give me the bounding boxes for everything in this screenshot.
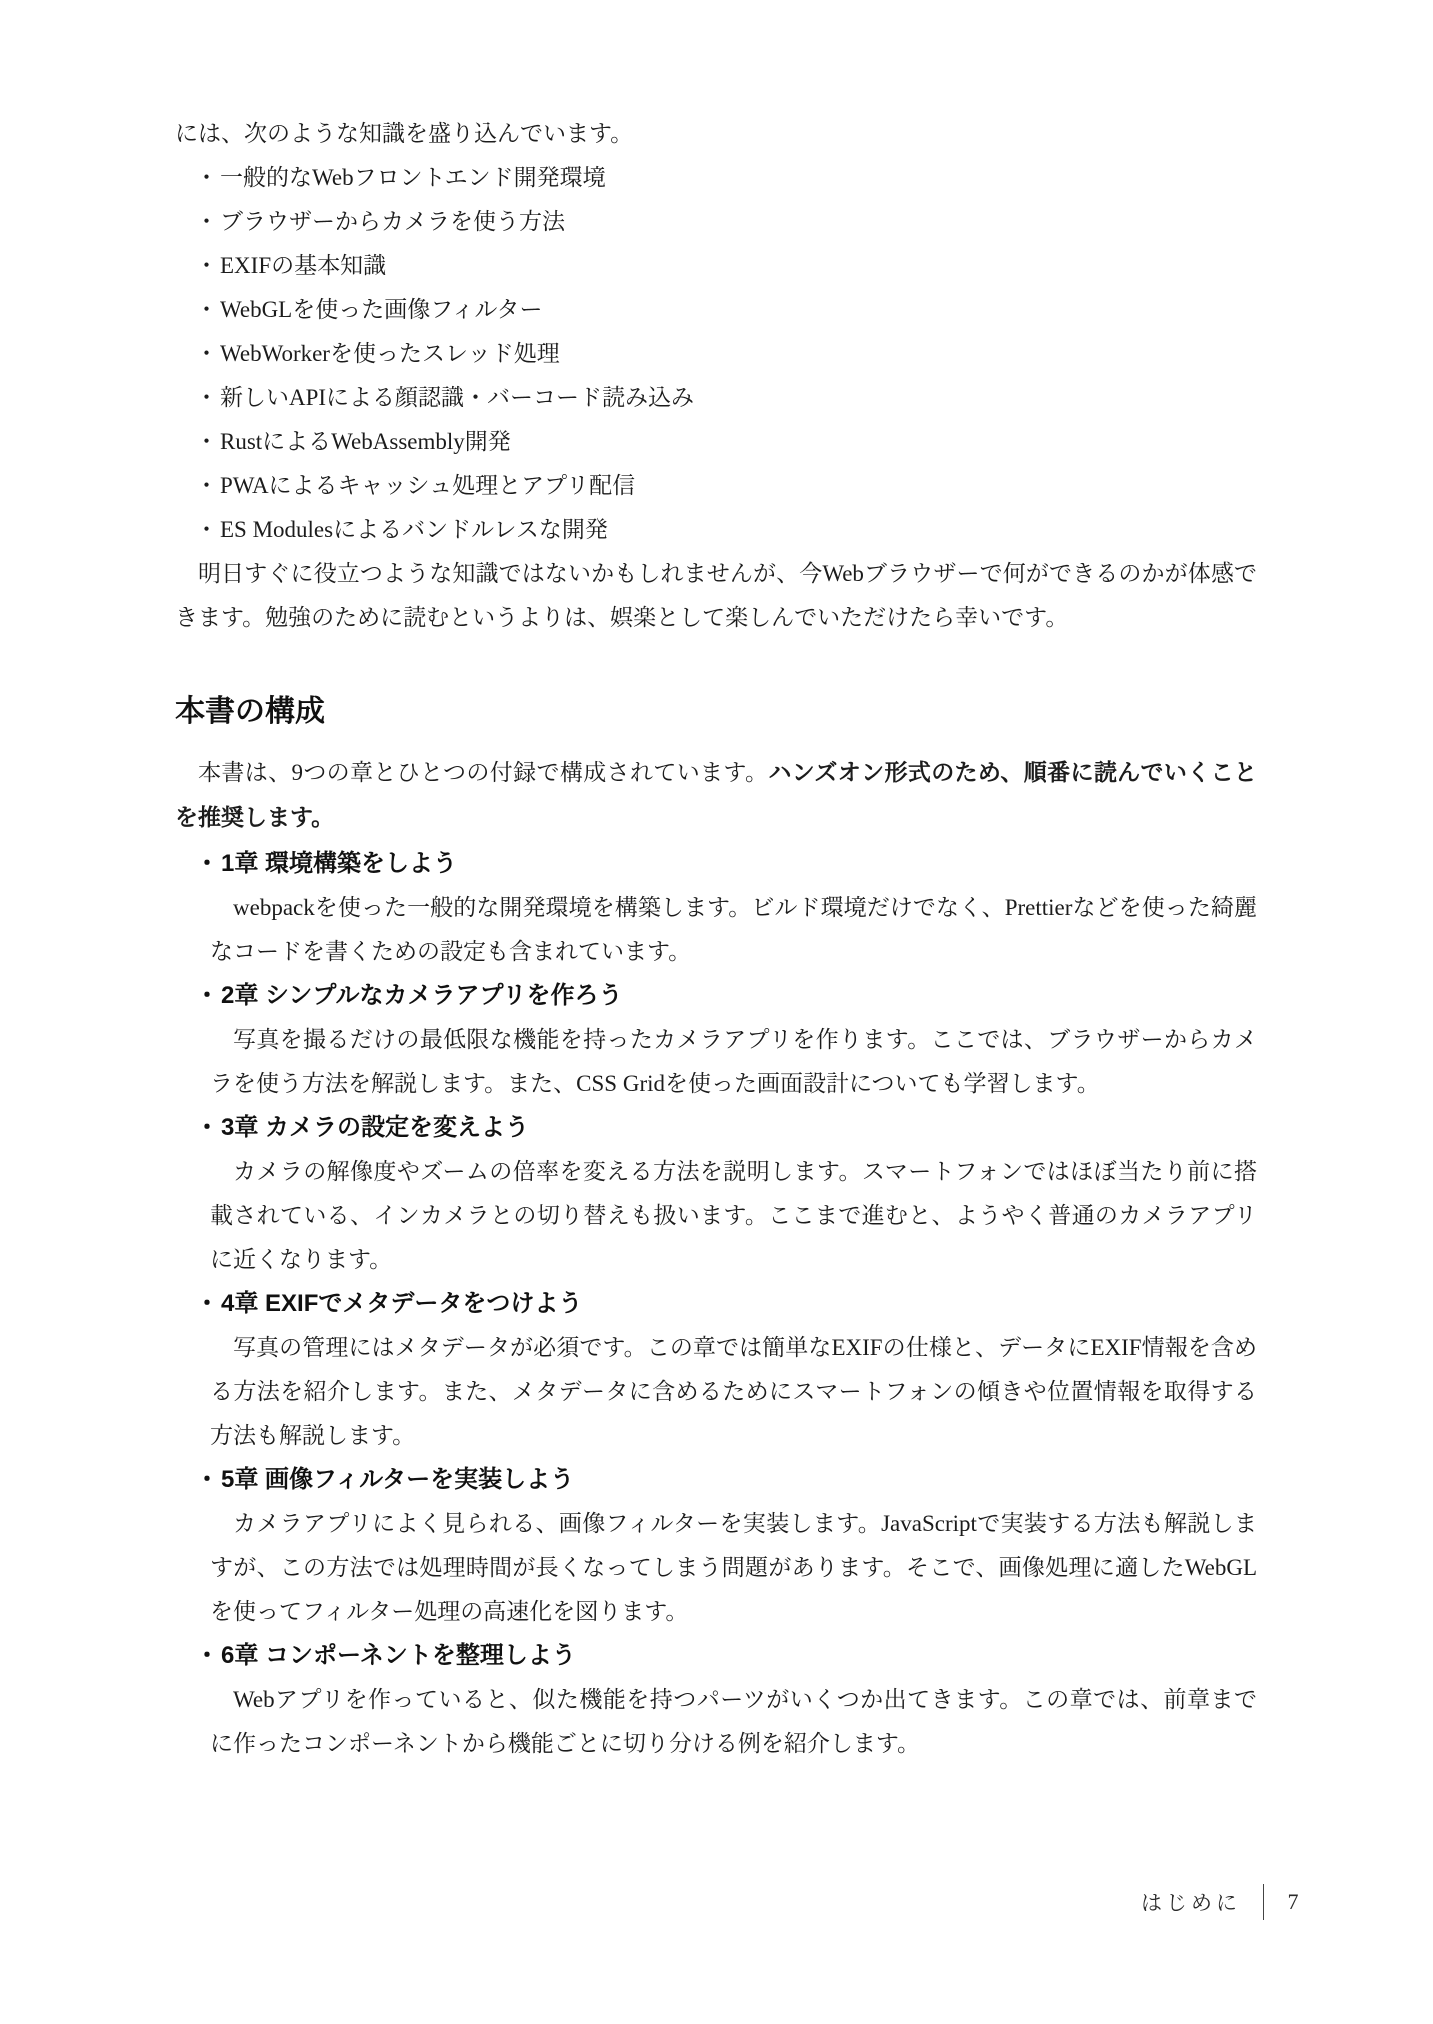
list-item: ・WebGLを使った画像フィルター	[195, 288, 1257, 332]
bullet-glyph: ・	[195, 850, 219, 877]
bullet-glyph: ・	[195, 209, 218, 234]
list-item: ・ES Modulesによるバンドルレスな開発	[195, 508, 1257, 552]
list-item-text: ES Modulesによるバンドルレスな開発	[220, 517, 608, 542]
chapter-description: webpackを使った一般的な開発環境を構築します。ビルド環境だけでなく、Pre…	[210, 886, 1257, 974]
section-heading: 本書の構成	[175, 694, 1257, 730]
list-item-text: PWAによるキャッシュ処理とアプリ配信	[220, 473, 635, 498]
intro-sentence: には、次のような知識を盛り込んでいます。	[175, 112, 1257, 156]
chapter-title: ・1章 環境構築をしよう	[195, 842, 1257, 886]
list-item-text: RustによるWebAssembly開発	[220, 429, 511, 454]
chapter-title-text: 2章 シンプルなカメラアプリを作ろう	[221, 982, 623, 1009]
chapter-entry: ・5章 画像フィルターを実装しよう カメラアプリによく見られる、画像フィルターを…	[175, 1458, 1257, 1634]
list-item-text: WebGLを使った画像フィルター	[220, 297, 542, 322]
list-item: ・ブラウザーからカメラを使う方法	[195, 200, 1257, 244]
list-item: ・新しいAPIによる顔認識・バーコード読み込み	[195, 376, 1257, 420]
footer-divider	[1263, 1884, 1264, 1920]
chapter-title-text: 3章 カメラの設定を変えよう	[221, 1114, 529, 1141]
chapter-title-text: 6章 コンポーネントを整理しよう	[221, 1642, 576, 1669]
bullet-glyph: ・	[195, 297, 218, 322]
chapter-description: カメラの解像度やズームの倍率を変える方法を説明します。スマートフォンではほぼ当た…	[210, 1150, 1257, 1282]
list-item: ・EXIFの基本知識	[195, 244, 1257, 288]
bullet-glyph: ・	[195, 341, 218, 366]
chapter-title: ・5章 画像フィルターを実装しよう	[195, 1458, 1257, 1502]
bullet-glyph: ・	[195, 165, 218, 190]
chapter-title-text: 4章 EXIFでメタデータをつけよう	[221, 1290, 582, 1317]
chapter-title-text: 1章 環境構築をしよう	[221, 850, 457, 877]
knowledge-topic-list: ・一般的なWebフロントエンド開発環境 ・ブラウザーからカメラを使う方法 ・EX…	[175, 156, 1257, 552]
footer-section-label: はじめに	[1141, 1887, 1241, 1917]
chapter-description: 写真の管理にはメタデータが必須です。この章では簡単なEXIFの仕様と、データにE…	[210, 1326, 1257, 1458]
chapter-description: 写真を撮るだけの最低限な機能を持ったカメラアプリを作ります。ここでは、ブラウザー…	[210, 1018, 1257, 1106]
bullet-glyph: ・	[195, 1466, 219, 1493]
chapter-title: ・3章 カメラの設定を変えよう	[195, 1106, 1257, 1150]
chapter-list: ・1章 環境構築をしよう webpackを使った一般的な開発環境を構築します。ビ…	[175, 842, 1257, 1766]
list-item-text: EXIFの基本知識	[220, 253, 386, 278]
page-footer: はじめに 7	[1141, 1884, 1300, 1920]
chapter-title: ・6章 コンポーネントを整理しよう	[195, 1634, 1257, 1678]
chapter-entry: ・6章 コンポーネントを整理しよう Webアプリを作っていると、似た機能を持つパ…	[175, 1634, 1257, 1766]
bullet-glyph: ・	[195, 517, 218, 542]
bullet-glyph: ・	[195, 1290, 219, 1317]
bullet-glyph: ・	[195, 1642, 219, 1669]
structure-intro-paragraph: 本書は、9つの章とひとつの付録で構成されています。ハンズオン形式のため、順番に読…	[175, 750, 1257, 840]
list-item-text: 新しいAPIによる顔認識・バーコード読み込み	[220, 385, 694, 410]
intro-closing-paragraph: 明日すぐに役立つような知識ではないかもしれませんが、今Webブラウザーで何ができ…	[175, 552, 1257, 640]
book-page: には、次のような知識を盛り込んでいます。 ・一般的なWebフロントエンド開発環境…	[0, 0, 1433, 2024]
list-item: ・一般的なWebフロントエンド開発環境	[195, 156, 1257, 200]
chapter-description: Webアプリを作っていると、似た機能を持つパーツがいくつか出てきます。この章では…	[210, 1678, 1257, 1766]
bullet-glyph: ・	[195, 982, 219, 1009]
bullet-glyph: ・	[195, 253, 218, 278]
chapter-title: ・4章 EXIFでメタデータをつけよう	[195, 1282, 1257, 1326]
bullet-glyph: ・	[195, 385, 218, 410]
list-item-text: 一般的なWebフロントエンド開発環境	[220, 165, 606, 190]
list-item: ・PWAによるキャッシュ処理とアプリ配信	[195, 464, 1257, 508]
page-content: には、次のような知識を盛り込んでいます。 ・一般的なWebフロントエンド開発環境…	[175, 112, 1257, 1766]
list-item-text: WebWorkerを使ったスレッド処理	[220, 341, 560, 366]
chapter-entry: ・3章 カメラの設定を変えよう カメラの解像度やズームの倍率を変える方法を説明し…	[175, 1106, 1257, 1282]
bullet-glyph: ・	[195, 1114, 219, 1141]
chapter-title: ・2章 シンプルなカメラアプリを作ろう	[195, 974, 1257, 1018]
chapter-entry: ・2章 シンプルなカメラアプリを作ろう 写真を撮るだけの最低限な機能を持ったカメ…	[175, 974, 1257, 1106]
bullet-glyph: ・	[195, 473, 218, 498]
structure-intro-normal: 本書は、9つの章とひとつの付録で構成されています。	[198, 760, 768, 785]
chapter-entry: ・4章 EXIFでメタデータをつけよう 写真の管理にはメタデータが必須です。この…	[175, 1282, 1257, 1458]
list-item: ・RustによるWebAssembly開発	[195, 420, 1257, 464]
chapter-description: カメラアプリによく見られる、画像フィルターを実装します。JavaScriptで実…	[210, 1502, 1257, 1634]
chapter-entry: ・1章 環境構築をしよう webpackを使った一般的な開発環境を構築します。ビ…	[175, 842, 1257, 974]
list-item-text: ブラウザーからカメラを使う方法	[220, 209, 565, 234]
chapter-title-text: 5章 画像フィルターを実装しよう	[221, 1466, 574, 1493]
list-item: ・WebWorkerを使ったスレッド処理	[195, 332, 1257, 376]
bullet-glyph: ・	[195, 429, 218, 454]
footer-page-number: 7	[1286, 1889, 1300, 1915]
